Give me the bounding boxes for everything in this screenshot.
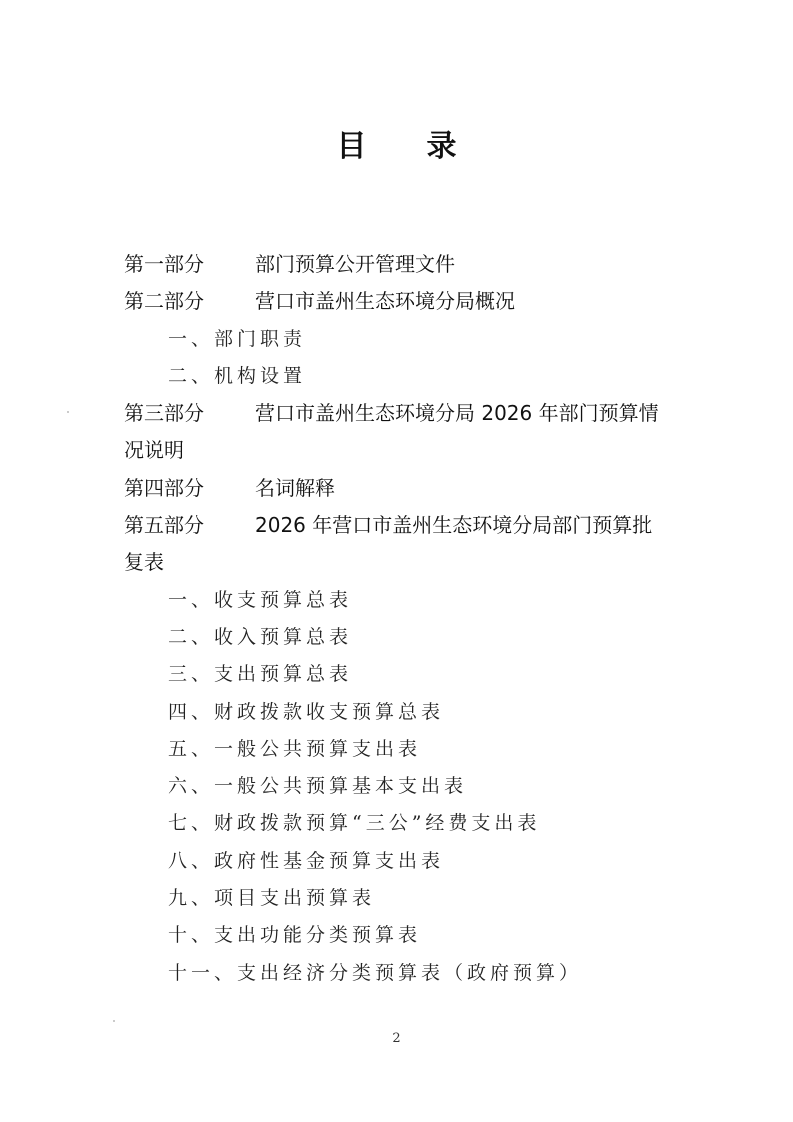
toc-part-4[interactable]: 第四部分名词解释 xyxy=(124,470,684,507)
toc-item-org-structure[interactable]: 二、机构设置 xyxy=(124,358,684,395)
part-label: 第五部分 xyxy=(124,507,255,544)
toc-item-table-10[interactable]: 十、支出功能分类预算表 xyxy=(124,917,684,954)
toc-item-table-9[interactable]: 九、项目支出预算表 xyxy=(124,880,684,917)
table-of-contents: 第一部分部门预算公开管理文件 第二部分营口市盖州生态环境分局概况 一、部门职责 … xyxy=(124,246,684,992)
toc-part-5-continuation: 复表 xyxy=(124,544,684,581)
toc-item-table-6[interactable]: 六、一般公共预算基本支出表 xyxy=(124,768,684,805)
part-label: 第二部分 xyxy=(124,283,255,320)
toc-item-table-11[interactable]: 十一、支出经济分类预算表（政府预算） xyxy=(124,955,684,992)
title-char-1: 目 xyxy=(337,129,367,164)
title-char-2: 录 xyxy=(427,129,457,164)
toc-item-table-8[interactable]: 八、政府性基金预算支出表 xyxy=(124,843,684,880)
toc-item-table-7[interactable]: 七、财政拨款预算“三公”经费支出表 xyxy=(124,805,684,842)
part-title: 部门预算公开管理文件 xyxy=(255,246,455,283)
page-title: 目录 xyxy=(0,127,793,167)
toc-part-5[interactable]: 第五部分2026 年营口市盖州生态环境分局部门预算批 xyxy=(124,507,684,544)
scan-speck xyxy=(67,411,69,413)
toc-item-table-4[interactable]: 四、财政拨款收支预算总表 xyxy=(124,694,684,731)
part-title: 2026 年营口市盖州生态环境分局部门预算批 xyxy=(255,507,652,544)
part-title: 营口市盖州生态环境分局 2026 年部门预算情 xyxy=(255,395,659,432)
toc-part-3-continuation: 况说明 xyxy=(124,432,684,469)
toc-item-table-2[interactable]: 二、收入预算总表 xyxy=(124,619,684,656)
part-label: 第三部分 xyxy=(124,395,255,432)
toc-item-table-3[interactable]: 三、支出预算总表 xyxy=(124,656,684,693)
toc-part-3[interactable]: 第三部分营口市盖州生态环境分局 2026 年部门预算情 xyxy=(124,395,684,432)
part-label: 第一部分 xyxy=(124,246,255,283)
toc-part-1[interactable]: 第一部分部门预算公开管理文件 xyxy=(124,246,684,283)
page-number: 2 xyxy=(0,1031,793,1046)
scan-speck xyxy=(113,1020,115,1022)
toc-part-2[interactable]: 第二部分营口市盖州生态环境分局概况 xyxy=(124,283,684,320)
toc-item-table-1[interactable]: 一、收支预算总表 xyxy=(124,582,684,619)
part-title: 营口市盖州生态环境分局概况 xyxy=(255,283,515,320)
toc-item-dept-duties[interactable]: 一、部门职责 xyxy=(124,321,684,358)
part-title: 名词解释 xyxy=(255,470,335,507)
toc-item-table-5[interactable]: 五、一般公共预算支出表 xyxy=(124,731,684,768)
part-label: 第四部分 xyxy=(124,470,255,507)
